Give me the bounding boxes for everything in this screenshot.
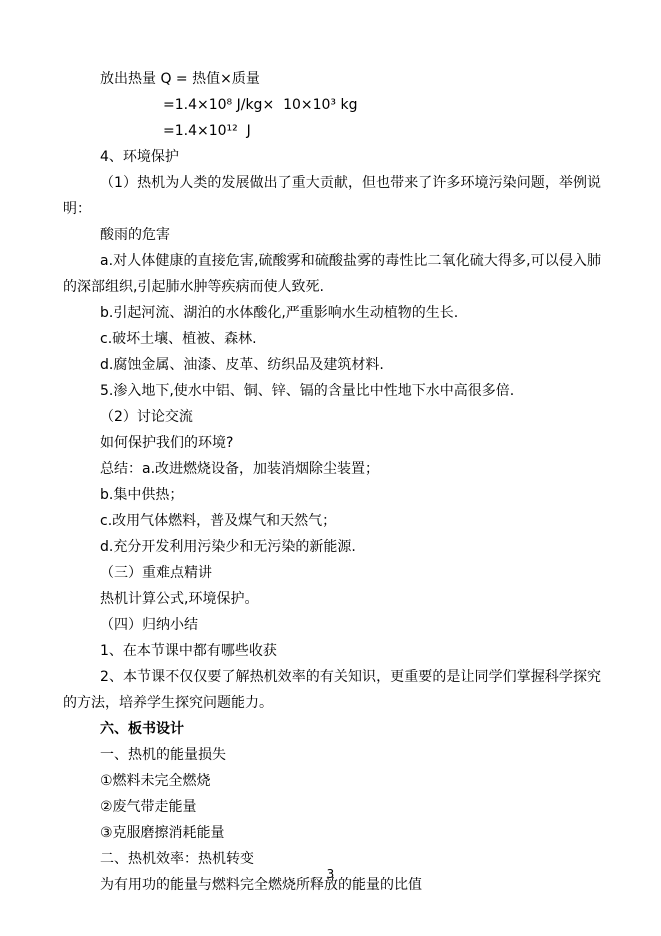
document-paragraph: c.破坏土壤、植被、森林. (63, 326, 601, 352)
document-paragraph: 如何保护我们的环境? (63, 430, 601, 456)
document-body: 放出热量 Q = 热值×质量=1.4×10⁸ J/kg× 10×10³ kg=1… (63, 66, 601, 898)
document-paragraph: a.对人体健康的直接危害,硫酸雾和硫酸盐雾的毒性比二氧化硫大得多,可以侵入肺的深… (63, 248, 601, 300)
document-paragraph: =1.4×10¹² J (63, 118, 601, 144)
document-paragraph: 总结：a.改进燃烧设备，加装消烟除尘装置； (63, 456, 601, 482)
document-paragraph: 酸雨的危害 (63, 222, 601, 248)
document-paragraph: ②废气带走能量 (63, 794, 601, 820)
document-paragraph: c.改用气体燃料，普及煤气和天然气； (63, 508, 601, 534)
document-paragraph: 4、环境保护 (63, 144, 601, 170)
document-paragraph: 1、在本节课中都有哪些收获 (63, 638, 601, 664)
document-paragraph: 放出热量 Q = 热值×质量 (63, 66, 601, 92)
document-paragraph: （四）归纳小结 (63, 612, 601, 638)
document-paragraph: （2）讨论交流 (63, 404, 601, 430)
document-paragraph: 一、热机的能量损失 (63, 742, 601, 768)
document-paragraph: ③克服磨擦消耗能量 (63, 820, 601, 846)
document-paragraph: （三）重难点精讲 (63, 560, 601, 586)
document-paragraph: ①燃料未完全燃烧 (63, 768, 601, 794)
document-paragraph: b.集中供热； (63, 482, 601, 508)
document-paragraph: 5.渗入地下,使水中铝、铜、锌、镉的含量比中性地下水中高很多倍. (63, 378, 601, 404)
page-number: 3 (0, 867, 661, 881)
document-paragraph: 热机计算公式,环境保护。 (63, 586, 601, 612)
document-paragraph: =1.4×10⁸ J/kg× 10×10³ kg (63, 92, 601, 118)
document-paragraph: d.充分开发利用污染少和无污染的新能源. (63, 534, 601, 560)
document-paragraph: d.腐蚀金属、油漆、皮革、纺织品及建筑材料. (63, 352, 601, 378)
document-page: 放出热量 Q = 热值×质量=1.4×10⁸ J/kg× 10×10³ kg=1… (0, 0, 661, 936)
document-paragraph: （1）热机为人类的发展做出了重大贡献，但也带来了许多环境污染问题，举例说明： (63, 170, 601, 222)
document-paragraph: 2、本节课不仅仅要了解热机效率的有关知识，更重要的是让同学们掌握科学探究的方法，… (63, 664, 601, 716)
document-paragraph: b.引起河流、湖泊的水体酸化,严重影响水生动植物的生长. (63, 300, 601, 326)
document-paragraph: 六、板书设计 (63, 716, 601, 742)
